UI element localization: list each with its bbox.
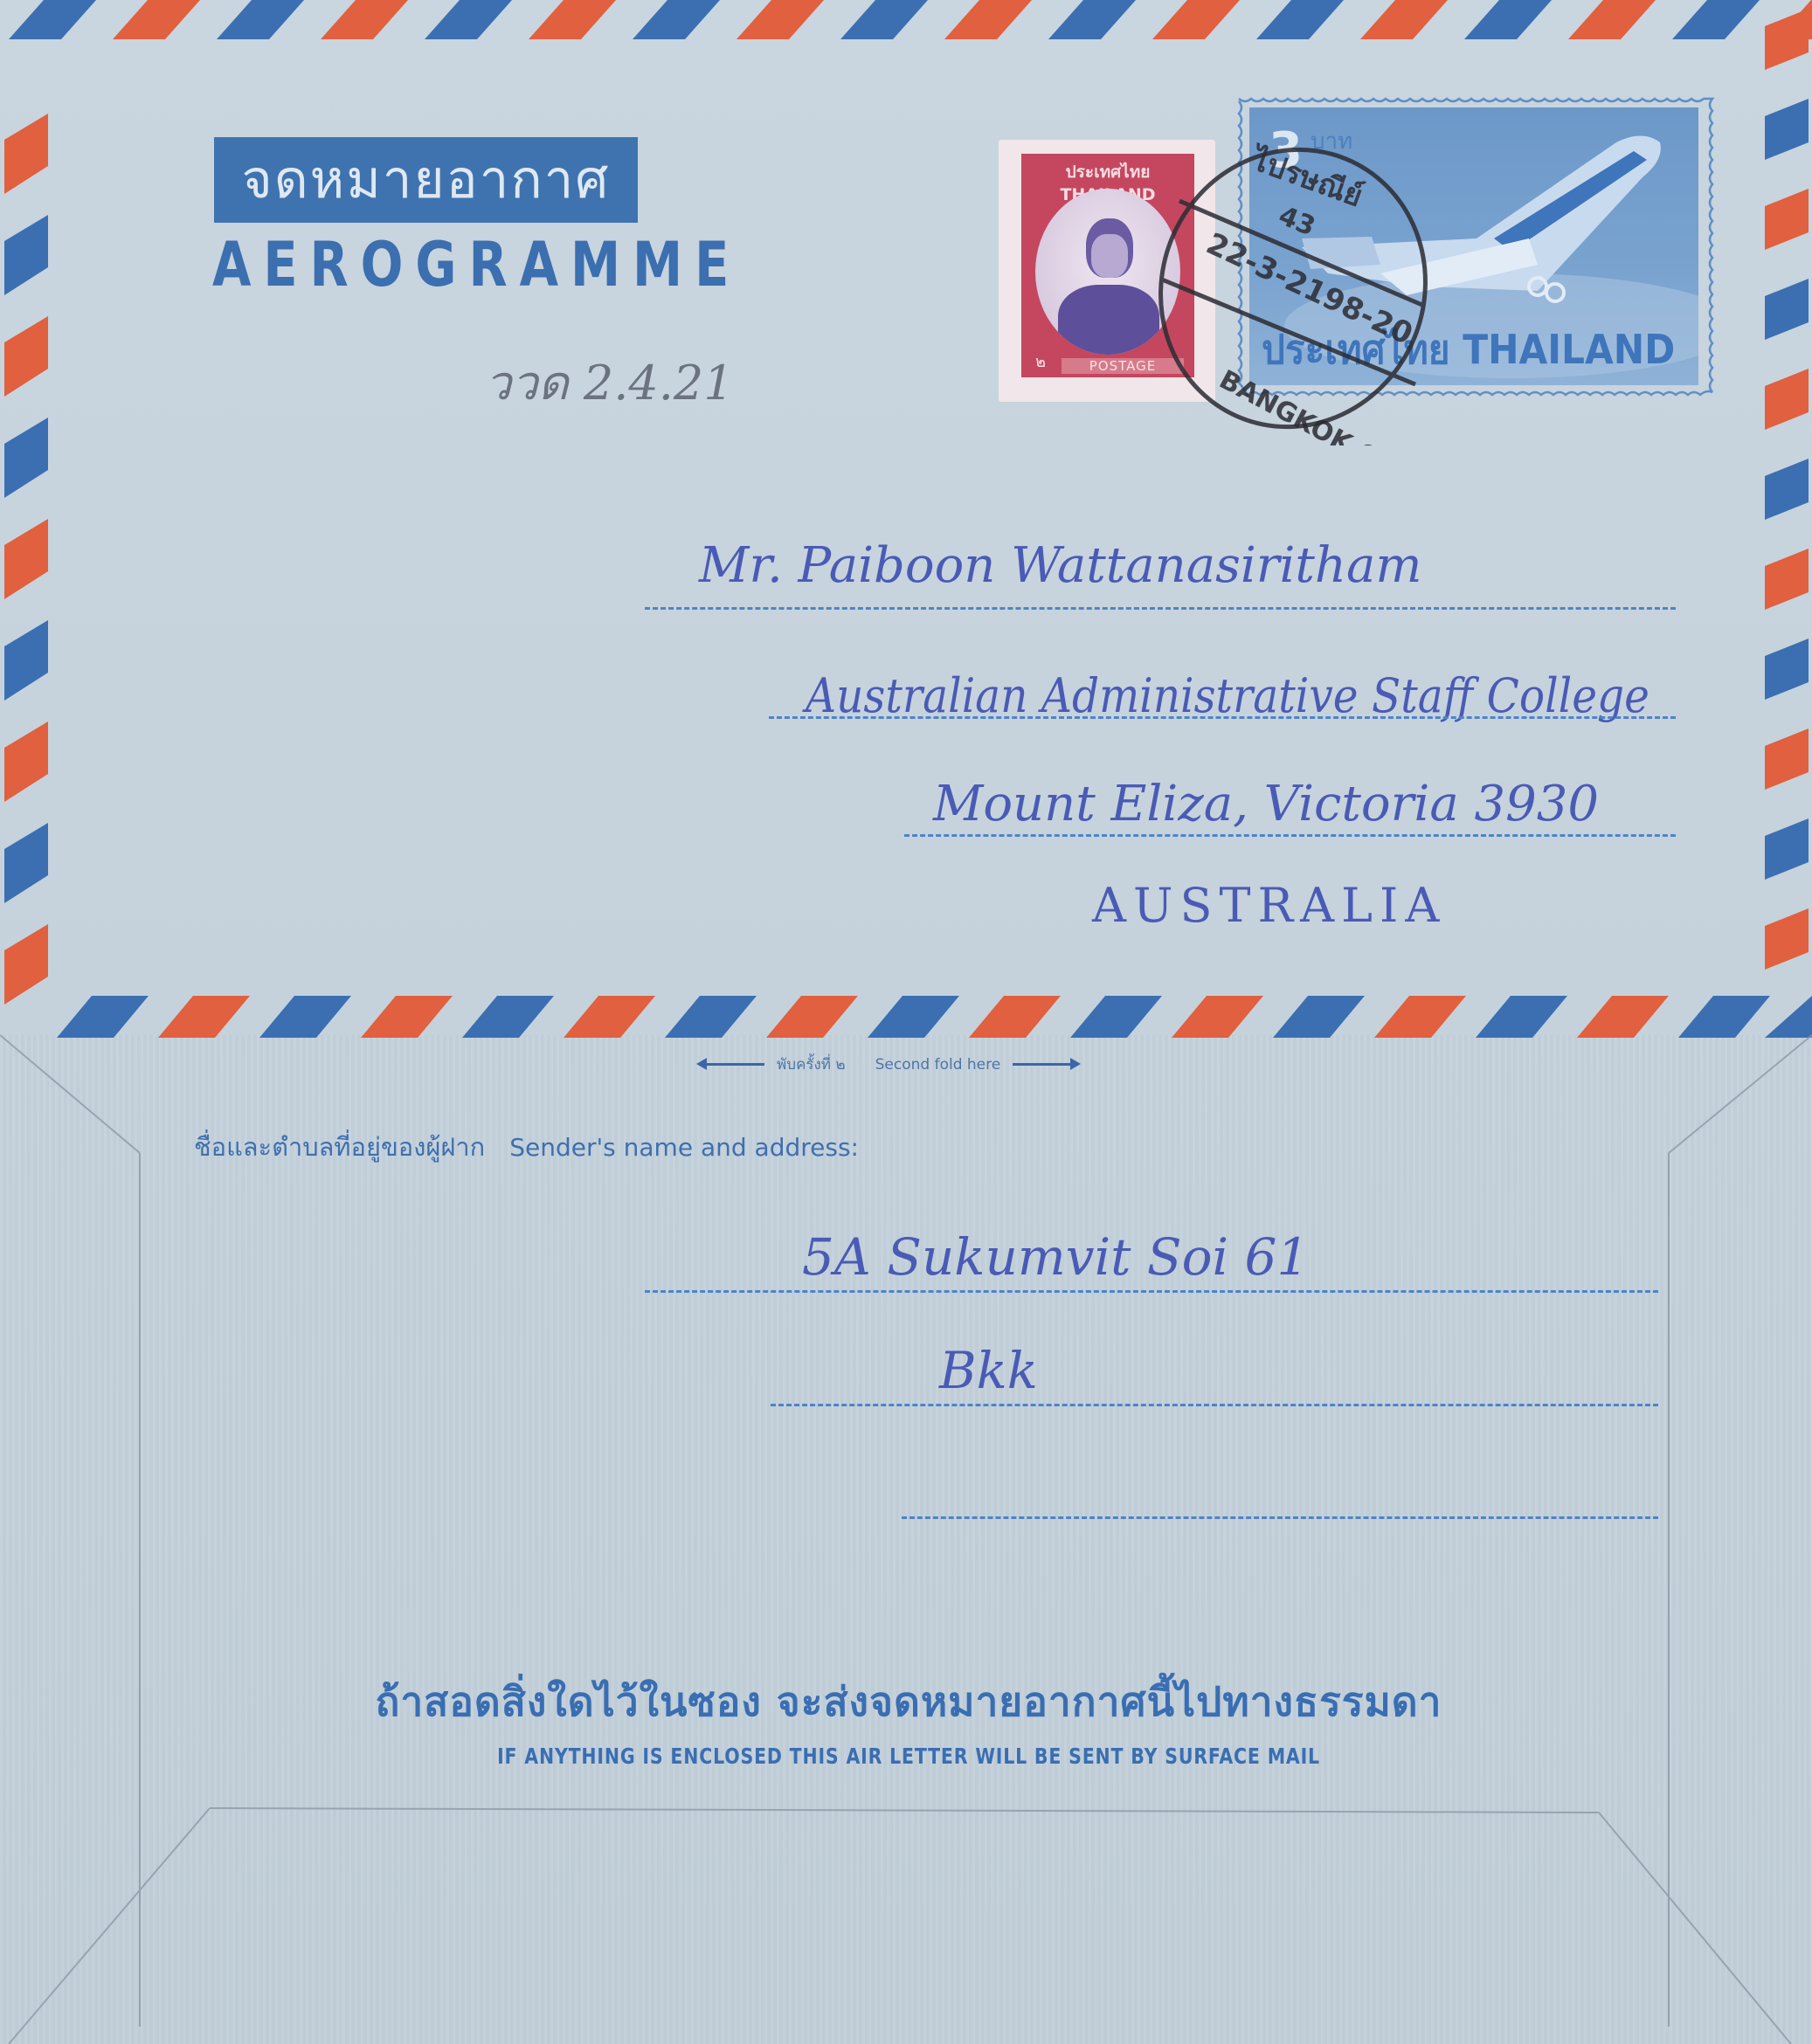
- title-thai: จดหมายอากาศ: [242, 154, 611, 206]
- sender-address-line-1: [645, 1290, 1658, 1293]
- title-aerogramme: AEROGRAMME: [212, 234, 567, 295]
- stamp-value: ๒: [1027, 355, 1055, 370]
- handwritten-date-note: ววด 2.4.21: [485, 360, 734, 407]
- arrow-right-icon: [1013, 1063, 1074, 1066]
- enclosure-notice-thai: ถ้าสอดสิ่งใดไว้ในซอง จะส่งจดหมายอากาศนี้…: [349, 1670, 1468, 1734]
- fold-hint-en: Second fold here: [875, 1056, 1001, 1074]
- postmark-cancel: ไปรษณีย์ 43 22-3-2198-20 BANGKOK G.P.O.: [1145, 131, 1442, 445]
- sender-address-line-2: [771, 1404, 1658, 1406]
- postmark-number: 43: [1274, 200, 1319, 242]
- recipient-line-2: Australian Administrative Staff College: [806, 673, 1649, 720]
- sender-label: ชื่อและตำบลที่อยู่ของผู้ฝากSender's name…: [194, 1127, 859, 1167]
- sender-line-1: 5A Sukumvit Soi 61: [802, 1232, 1309, 1282]
- sender-label-en: Sender's name and address:: [509, 1133, 859, 1162]
- recipient-line-3: Mount Eliza, Victoria 3930: [933, 780, 1599, 829]
- second-fold-hint: พับครั้งที่ ๒ Second fold here: [703, 1053, 1074, 1076]
- enclosure-notice-en: IF ANYTHING IS ENCLOSED THIS AIR LETTER …: [450, 1744, 1367, 1769]
- address-line-3: [904, 834, 1676, 837]
- sender-line-2: Bkk: [939, 1345, 1038, 1396]
- recipient-line-1: Mr. Paiboon Wattanasiritham: [699, 542, 1421, 590]
- sender-address-line-3: [902, 1516, 1658, 1519]
- address-line-2: [769, 716, 1676, 719]
- aerogramme-sheet: จดหมายอากาศ AEROGRAMME ววด 2.4.21 ประเทศ…: [0, 0, 1812, 2044]
- fold-hint-thai: พับครั้งที่ ๒: [777, 1053, 846, 1076]
- postmark-bottom-text: BANGKOK G.P.O.: [1214, 364, 1442, 445]
- title-thai-banner: จดหมายอากาศ: [214, 137, 638, 223]
- address-line-1: [645, 607, 1676, 610]
- arrow-left-icon: [703, 1063, 764, 1066]
- recipient-line-4: AUSTRALIA: [1092, 882, 1446, 929]
- sender-label-thai: ชื่อและตำบลที่อยู่ของผู้ฝาก: [194, 1132, 485, 1162]
